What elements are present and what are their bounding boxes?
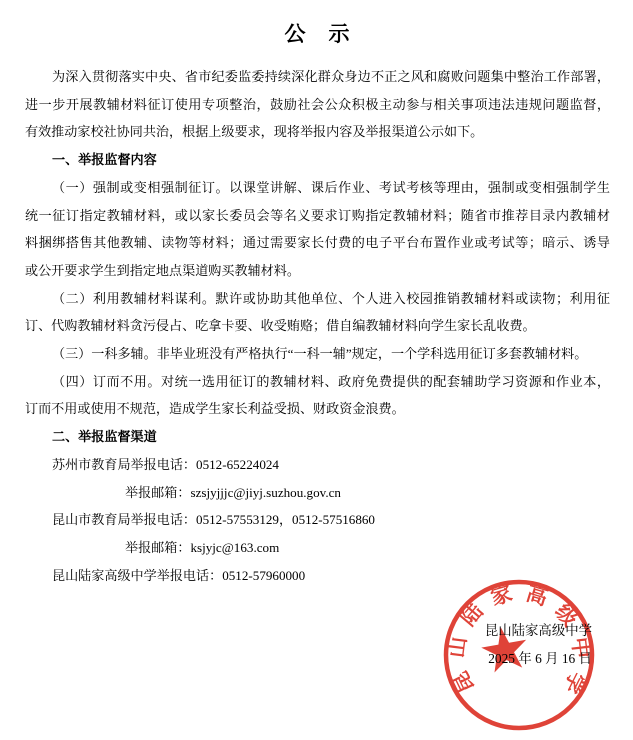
doc-line: （四）订而不用。对统一选用征订的教辅材料、政府免费提供的配套辅助学习资源和作业本… <box>25 368 610 396</box>
doc-line: 统一征订指定教辅材料，或以家长委员会等名义要求订购指定教辅材料；随省市推荐目录内… <box>25 202 610 230</box>
seal-ring-text: 昆山陆家高级中学 <box>444 581 593 697</box>
doc-line: 订、代购教辅材料贪污侵占、吃拿卡要、收受贿赂；借自编教辅材料向学生家长乱收费。 <box>25 312 610 340</box>
doc-line: 昆山市教育局举报电话：0512-57553129，0512-57516860 <box>25 506 610 534</box>
doc-line: （三）一科多辅。非毕业班没有严格执行“一科一辅”规定，一个学科选用征订多套教辅材… <box>25 340 610 368</box>
star-icon <box>478 623 530 674</box>
doc-line: 二、举报监督渠道 <box>25 423 610 451</box>
doc-line: 进一步开展教辅材料征订使用专项整治，鼓励社会公众积极主动参与相关事项违法违规问题… <box>25 91 610 119</box>
doc-line: 苏州市教育局举报电话：0512-65224024 <box>25 451 610 479</box>
notice-document: 公 示 为深入贯彻落实中央、省市纪委监委持续深化群众身边不正之风和腐败问题集中整… <box>0 0 633 740</box>
doc-line: 一、举报监督内容 <box>25 146 610 174</box>
doc-line: 举报邮箱：szsjyjjjc@jiyj.suzhou.gov.cn <box>25 479 610 507</box>
doc-line: 举报邮箱：ksjyjc@163.com <box>25 534 610 562</box>
doc-line: 有效推动家校社协同共治，根据上级要求，现将举报内容及举报渠道公示如下。 <box>25 118 610 146</box>
doc-line: 料捆绑搭售其他教辅、读物等材料；通过需要家长付费的电子平台布置作业或考试等；暗示… <box>25 229 610 257</box>
page-title: 公 示 <box>25 20 610 48</box>
doc-line: 为深入贯彻落实中央、省市纪委监委持续深化群众身边不正之风和腐败问题集中整治工作部… <box>25 63 610 91</box>
doc-line: （二）利用教辅材料谋利。默许或协助其他单位、个人进入校园推销教辅材料或读物；利用… <box>25 285 610 313</box>
school-seal-stamp: 昆山陆家高级中学 <box>439 575 599 735</box>
document-body: 为深入贯彻落实中央、省市纪委监委持续深化群众身边不正之风和腐败问题集中整治工作部… <box>25 63 610 589</box>
doc-line: 订而不用或使用不规范，造成学生家长利益受损、财政资金浪费。 <box>25 395 610 423</box>
seal-ring-text-holder: 昆山陆家高级中学 <box>444 581 593 697</box>
doc-line: （一）强制或变相强制征订。以课堂讲解、课后作业、考试考核等理由，强制或变相强制学… <box>25 174 610 202</box>
doc-line: 或公开要求学生到指定地点渠道购买教辅材料。 <box>25 257 610 285</box>
